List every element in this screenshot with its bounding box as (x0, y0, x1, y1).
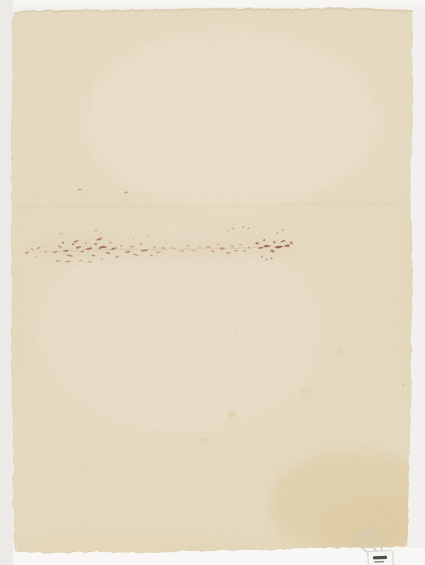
ink-mark (217, 243, 219, 245)
ink-mark (248, 246, 250, 248)
ink-mark (110, 241, 112, 243)
ink-mark (231, 245, 233, 247)
ink-mark (154, 246, 156, 248)
tag-marking (373, 556, 387, 560)
ink-mark (35, 256, 37, 258)
ink-mark (132, 237, 134, 238)
textile-photograph (0, 0, 425, 565)
debris-speck (402, 383, 404, 385)
ink-mark (271, 257, 273, 259)
ink-mark (63, 231, 65, 232)
ink-mark (281, 230, 283, 232)
ink-mark (274, 241, 276, 243)
textile-fragment (0, 0, 425, 565)
ink-mark (276, 232, 278, 234)
ink-mark (85, 242, 87, 244)
backdrop-top-strip (0, 0, 425, 7)
photo-frame: Photograph of a plain cream textile frag… (0, 0, 425, 565)
ink-mark (256, 242, 259, 244)
ink-mark (95, 243, 97, 245)
ink-mark (263, 239, 265, 242)
ink-mark (266, 258, 268, 260)
cloth-weave-texture (0, 0, 425, 565)
ink-mark (261, 256, 263, 258)
ink-mark (62, 242, 64, 244)
ink-mark (147, 235, 149, 236)
ink-mark (59, 233, 61, 234)
ink-mark (72, 243, 75, 245)
ink-mark (247, 228, 249, 229)
backdrop-left-strip (0, 0, 13, 565)
ink-mark (140, 243, 142, 245)
